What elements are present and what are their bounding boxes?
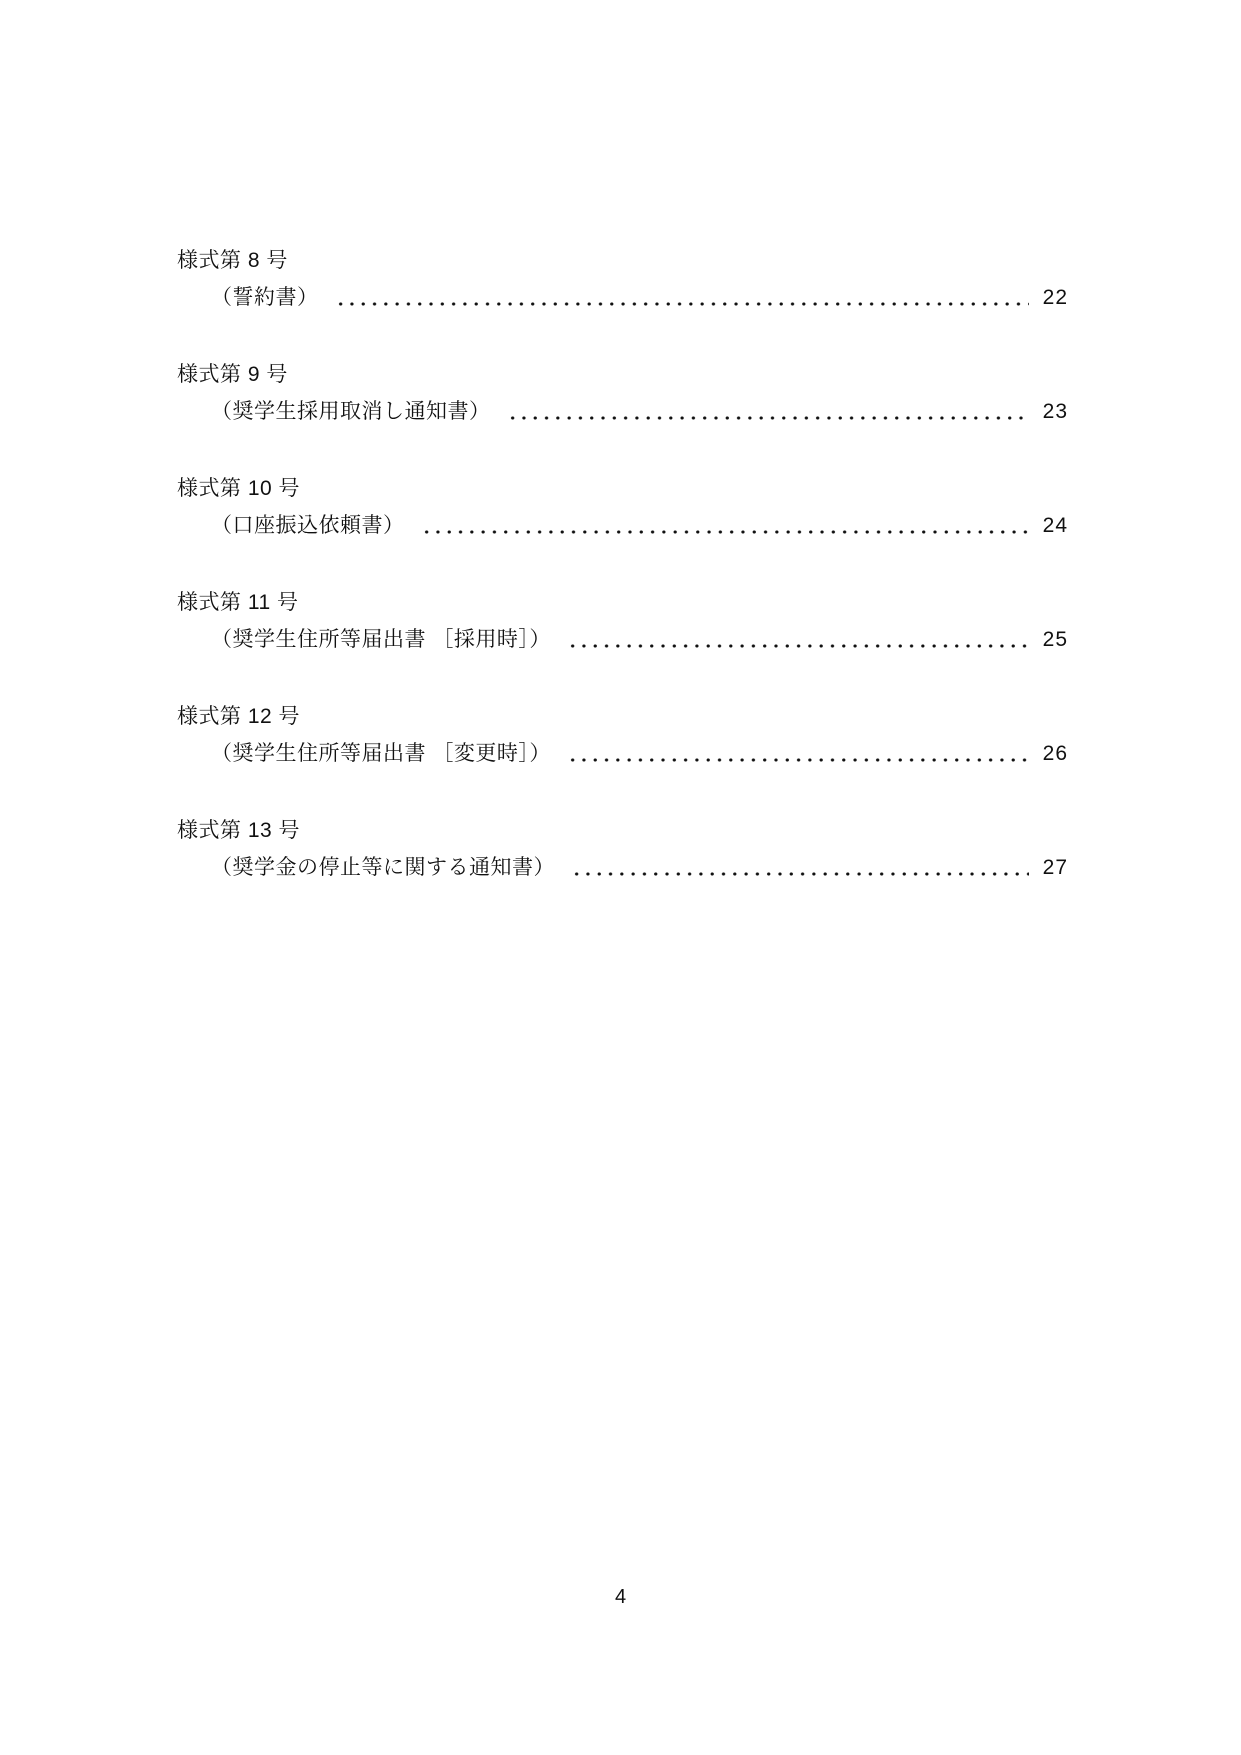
toc-entry-page-number: 24 bbox=[1043, 513, 1068, 539]
toc-entry: 様式第 11 号 （奨学生住所等届出書 ［採用時］） 25 bbox=[177, 590, 1068, 653]
toc-entry: 様式第 12 号 （奨学生住所等届出書 ［変更時］） 26 bbox=[177, 704, 1068, 767]
toc-entry-title: （奨学生採用取消し通知書） bbox=[211, 399, 491, 425]
toc-entry-page-number: 23 bbox=[1043, 399, 1068, 425]
toc-entry-row: （奨学生採用取消し通知書） 23 bbox=[211, 399, 1068, 425]
toc-entry-heading: 様式第 11 号 bbox=[177, 590, 1068, 616]
dot-leader bbox=[507, 416, 1029, 420]
dot-leader bbox=[567, 758, 1029, 762]
toc-entry: 様式第 10 号 （口座振込依頼書） 24 bbox=[177, 476, 1068, 539]
toc-entry-page-number: 22 bbox=[1043, 285, 1068, 311]
toc-entry-title: （奨学生住所等届出書 ［変更時］） bbox=[211, 741, 551, 767]
toc-entry: 様式第 13 号 （奨学金の停止等に関する通知書） 27 bbox=[177, 818, 1068, 881]
toc-entry-row: （口座振込依頼書） 24 bbox=[211, 513, 1068, 539]
toc-entry-title: （誓約書） bbox=[211, 285, 319, 311]
dot-leader bbox=[421, 530, 1029, 534]
toc-entry-heading: 様式第 8 号 bbox=[177, 248, 1068, 274]
toc-entry-page-number: 25 bbox=[1043, 627, 1068, 653]
dot-leader bbox=[567, 644, 1029, 648]
dot-leader bbox=[335, 302, 1029, 306]
toc-list: 様式第 8 号 （誓約書） 22 様式第 9 号 （奨学生採用取消し通知書） 2… bbox=[177, 248, 1068, 932]
toc-entry-row: （奨学金の停止等に関する通知書） 27 bbox=[211, 855, 1068, 881]
toc-entry-heading: 様式第 12 号 bbox=[177, 704, 1068, 730]
toc-entry-row: （誓約書） 22 bbox=[211, 285, 1068, 311]
toc-entry-title: （奨学生住所等届出書 ［採用時］） bbox=[211, 627, 551, 653]
page-footer-number: 4 bbox=[0, 1584, 1241, 1610]
dot-leader bbox=[571, 872, 1029, 876]
toc-entry-page-number: 26 bbox=[1043, 741, 1068, 767]
toc-entry-heading: 様式第 9 号 bbox=[177, 362, 1068, 388]
toc-entry: 様式第 8 号 （誓約書） 22 bbox=[177, 248, 1068, 311]
document-page: 様式第 8 号 （誓約書） 22 様式第 9 号 （奨学生採用取消し通知書） 2… bbox=[0, 0, 1241, 1755]
toc-entry-row: （奨学生住所等届出書 ［採用時］） 25 bbox=[211, 627, 1068, 653]
toc-entry-row: （奨学生住所等届出書 ［変更時］） 26 bbox=[211, 741, 1068, 767]
toc-entry: 様式第 9 号 （奨学生採用取消し通知書） 23 bbox=[177, 362, 1068, 425]
toc-entry-heading: 様式第 13 号 bbox=[177, 818, 1068, 844]
toc-entry-title: （奨学金の停止等に関する通知書） bbox=[211, 855, 555, 881]
toc-entry-heading: 様式第 10 号 bbox=[177, 476, 1068, 502]
toc-entry-title: （口座振込依頼書） bbox=[211, 513, 405, 539]
toc-entry-page-number: 27 bbox=[1043, 855, 1068, 881]
